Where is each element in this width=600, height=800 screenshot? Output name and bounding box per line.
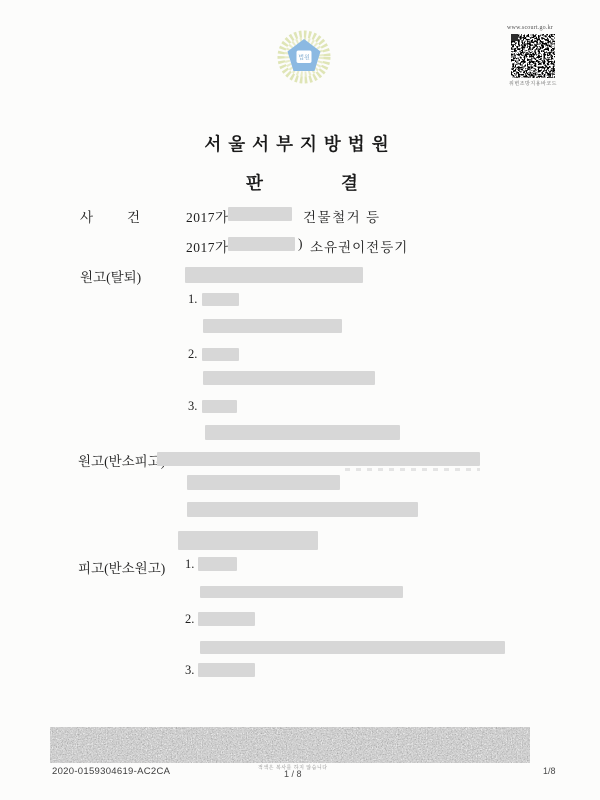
- judgment-title-char-1: 판: [246, 170, 263, 195]
- list-number: 1.: [188, 292, 197, 307]
- redaction-bar: [203, 371, 375, 385]
- redaction-bar: [187, 475, 340, 490]
- case-name-2: 소유권이전등기: [310, 236, 408, 256]
- seal-inner-text: 법원: [298, 54, 310, 62]
- list-number: 2.: [188, 347, 197, 362]
- redaction-bar: [185, 267, 363, 283]
- scourt-url-text: www.scourt.go.kr: [507, 25, 567, 31]
- document-page: 법원 www.scourt.go.kr 위변조방지용바코드 서울서부지방법원 판…: [0, 0, 600, 800]
- court-name-title: 서울서부지방법원: [0, 131, 600, 156]
- page-number-center: 1 / 8: [284, 769, 302, 779]
- party-role-defendant-counterclaim: 피고(반소원고): [78, 557, 165, 577]
- redaction-bar: [205, 425, 400, 440]
- redaction-bar: [203, 319, 342, 333]
- redaction-bar: [187, 502, 418, 517]
- case-label-char-1: 사: [80, 206, 93, 226]
- list-number: 3.: [188, 399, 197, 414]
- document-code: 2020-0159304619-AC2CA: [52, 766, 170, 777]
- scan-bleed-artifact: [345, 468, 480, 471]
- redaction-bar: [202, 293, 239, 306]
- redaction-bar: [178, 531, 318, 550]
- judgment-title-char-2: 결: [341, 170, 358, 195]
- list-number: 1.: [185, 557, 194, 572]
- redaction-bar: [198, 557, 237, 571]
- redaction-bar-case-2: [228, 237, 295, 251]
- list-number: 3.: [185, 663, 194, 678]
- redaction-bar: [202, 400, 237, 413]
- redaction-bar-case-1: [228, 207, 292, 221]
- redaction-bar: [157, 452, 480, 466]
- party-role-plaintiff-withdrawn: 원고(탈퇴): [80, 266, 141, 286]
- redaction-bar: [200, 586, 403, 598]
- list-number: 2.: [185, 612, 194, 627]
- court-seal-icon: 법원: [271, 27, 337, 89]
- case-close-paren: ): [298, 236, 303, 252]
- page-number-right: 1/8: [543, 766, 556, 776]
- case-name-1: 건물철거 등: [303, 206, 381, 226]
- redaction-bar: [200, 641, 505, 654]
- anti-forgery-strip: [50, 727, 530, 763]
- barcode-caption: 위변조방지용바코드: [509, 80, 569, 87]
- party-role-plaintiff-counterclaim: 원고(반소피고): [78, 450, 165, 470]
- barcode-finder-square: [511, 34, 518, 41]
- case-number-prefix-2: 2017가: [186, 236, 229, 256]
- redaction-bar: [198, 612, 255, 626]
- case-label-char-2: 건: [127, 206, 140, 226]
- case-number-prefix-1: 2017가: [186, 206, 229, 226]
- redaction-bar: [202, 348, 239, 361]
- redaction-bar: [198, 663, 255, 677]
